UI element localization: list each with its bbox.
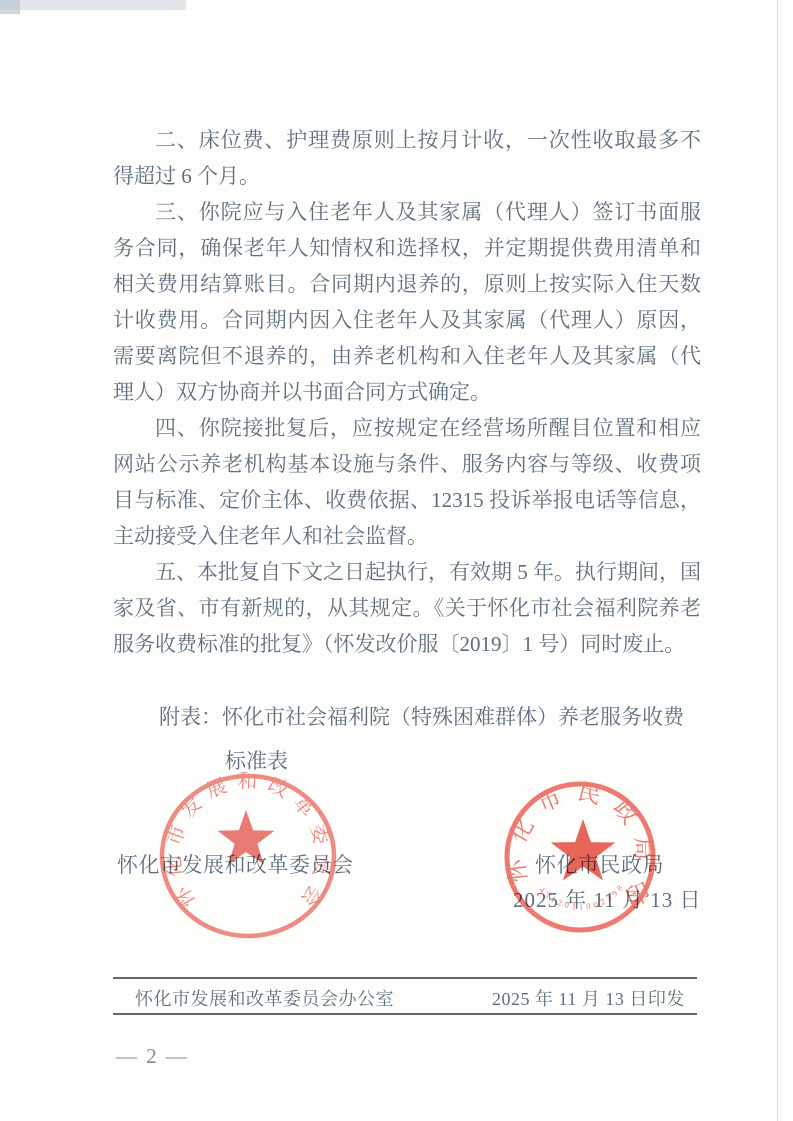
seal-star-icon [218, 810, 275, 864]
body-line: 网站公示养老机构基本设施与条件、服务内容与等级、收费项 [113, 446, 701, 482]
body-line: 五、本批复自下文之日起执行，有效期 5 年。执行期间，国 [113, 554, 701, 590]
body-line: 三、你院应与入住老年人及其家属（代理人）签订书面服 [113, 194, 701, 230]
body-line: 得超过 6 个月。 [113, 158, 701, 194]
footer-issuer: 怀化市发展和改革委员会办公室 [135, 985, 394, 1011]
body-line: 需要离院但不退养的，由养老机构和入住老年人及其家属（代 [113, 338, 701, 374]
footer-rule-bottom [113, 1013, 697, 1015]
body-line: 理人）双方协商并以书面合同方式确定。 [113, 374, 701, 410]
document-body: 二、床位费、护理费原则上按月计收，一次性收取最多不得超过 6 个月。三、你院应与… [113, 122, 701, 662]
scan-artifact-corner [0, 0, 20, 14]
document-page: 二、床位费、护理费原则上按月计收，一次性收取最多不得超过 6 个月。三、你院应与… [0, 0, 793, 1121]
footer-rule-top [113, 977, 697, 979]
body-line: 二、床位费、护理费原则上按月计收，一次性收取最多不 [113, 122, 701, 158]
scan-artifact-top [0, 0, 186, 10]
seal-star-icon [551, 819, 616, 881]
attachment-note: 附表：怀化市社会福利院（特殊困难群体）养老服务收费 标准表 [113, 695, 713, 783]
page-number: — 2 — [116, 1044, 189, 1069]
body-line: 主动接受入住老年人和社会监督。 [113, 518, 701, 554]
body-line: 相关费用结算账目。合同期内退养的，原则上按实际入住天数 [113, 266, 701, 302]
scan-artifact-right-edge [777, 0, 778, 1121]
body-line: 务合同，确保老年人知情权和选择权，并定期提供费用清单和 [113, 230, 701, 266]
official-seal-development-reform: 怀化市发展和改革委员会 [158, 772, 338, 942]
body-line: 计收费用。合同期内因入住老年人及其家属（代理人）原因， [113, 302, 701, 338]
seal-code: 4312011002398 [537, 880, 627, 911]
official-seal-civil-affairs: 怀化市民政局 4312011002398 印 [501, 780, 659, 934]
footer-print-date: 2025 年 11 月 13 日印发 [492, 985, 685, 1011]
body-line: 家及省、市有新规的，从其规定。《关于怀化市社会福利院养老 [113, 590, 701, 626]
attachment-line-1: 附表：怀化市社会福利院（特殊困难群体）养老服务收费 [113, 695, 713, 739]
body-line: 服务收费标准的批复》（怀发改价服〔2019〕1 号）同时废止。 [113, 626, 701, 662]
body-line: 目与标准、定价主体、收费依据、12315 投诉举报电话等信息， [113, 482, 701, 518]
body-line: 四、你院接批复后，应按规定在经营场所醒目位置和相应 [113, 410, 701, 446]
